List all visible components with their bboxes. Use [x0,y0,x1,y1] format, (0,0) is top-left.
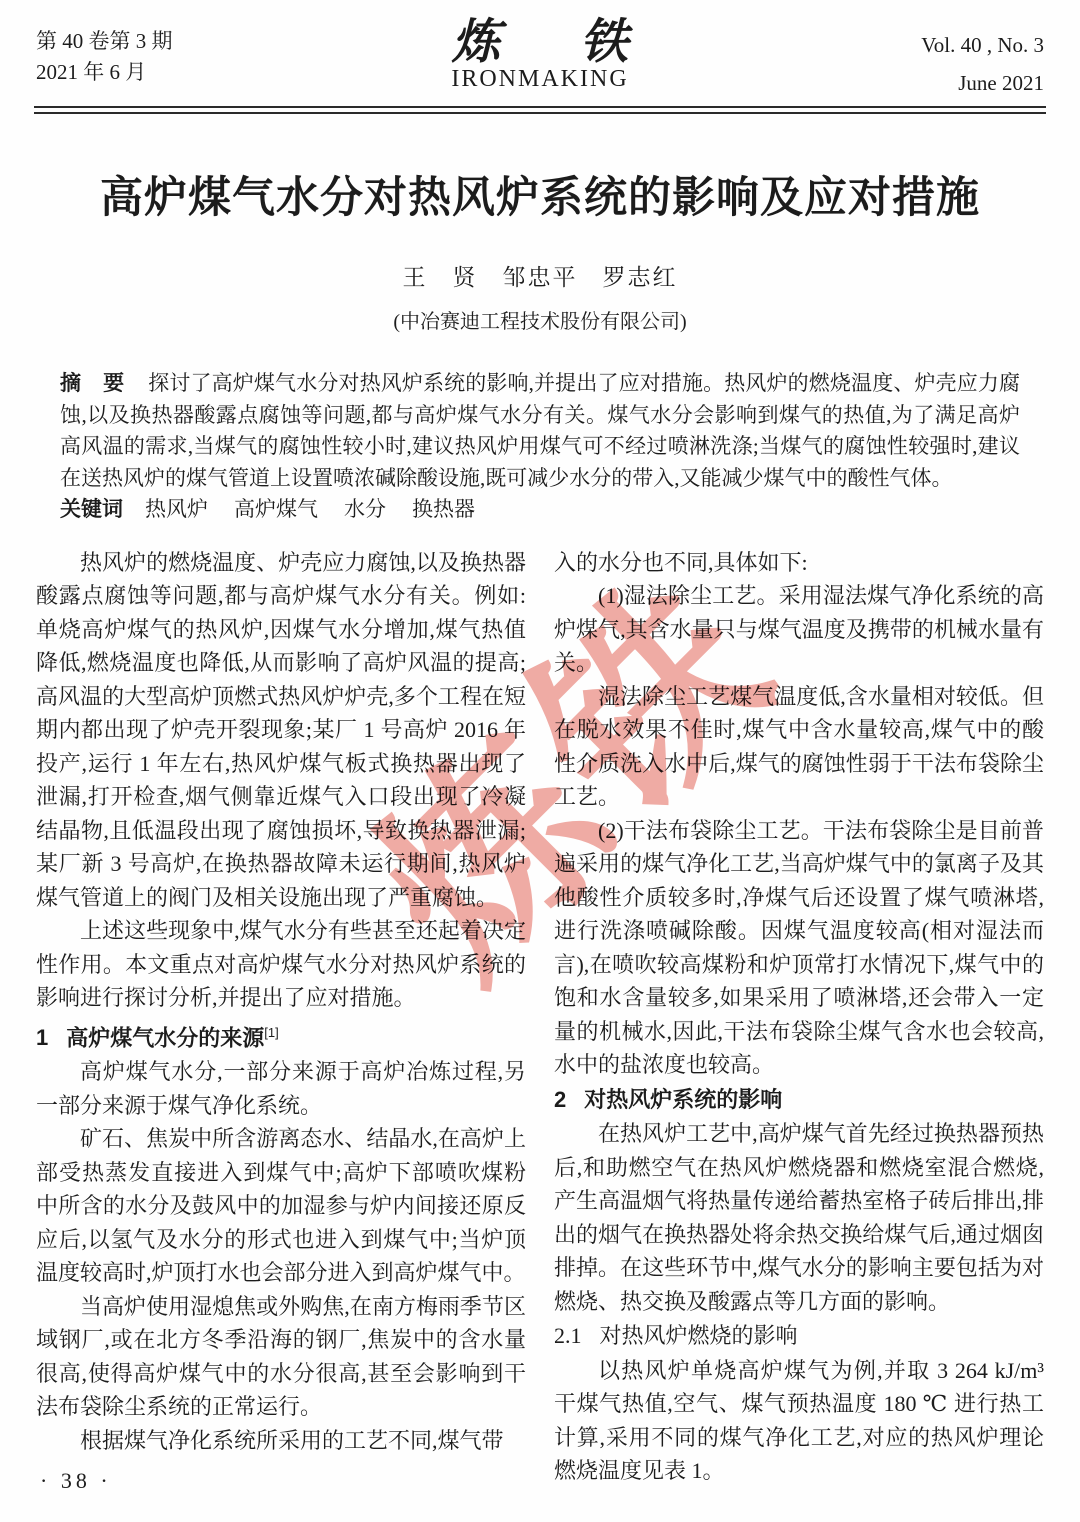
publish-date-en: June 2021 [921,64,1044,102]
paragraph: (2)干法布袋除尘工艺。干法布袋除尘是目前普遍采用的煤气净化工艺,当高炉煤气中的… [554,814,1044,1082]
paragraph: (1)湿法除尘工艺。采用湿法煤气净化系统的高炉煤气,其含水量只与煤气温度及携带的… [554,579,1044,680]
journal-logo: 炼 铁 IRONMAKING [0,18,1080,92]
keywords-block: 关键词热风炉高炉煤气水分换热器 [60,494,1020,526]
section-title: 对热风炉系统的影响 [584,1087,782,1112]
keyword: 水分 [344,497,386,521]
journal-name-zh: 炼 铁 [0,18,1080,68]
header-issue-info-en: Vol. 40 , No. 3 June 2021 [921,26,1044,102]
section-number: 2.1 [554,1323,582,1348]
paragraph: 在热风炉工艺中,高炉煤气首先经过换热器预热后,和助燃空气在热风炉燃烧器和燃烧室混… [554,1117,1044,1318]
paragraph: 根据煤气净化系统所采用的工艺不同,煤气带 [36,1424,526,1458]
affiliation: (中冶赛迪工程技术股份有限公司) [0,305,1080,334]
journal-page: 第 40 卷第 3 期 2021 年 6 月 炼 铁 IRONMAKING Vo… [0,0,1080,1522]
article-body: 热风炉的燃烧温度、炉壳应力腐蚀,以及换热器酸露点腐蚀等问题,都与高炉煤气水分有关… [36,546,1044,1488]
keyword: 高炉煤气 [234,497,318,521]
keywords-label: 关键词 [60,498,123,521]
keywords-list: 热风炉高炉煤气水分换热器 [145,497,501,521]
journal-name-en: IRONMAKING [0,66,1080,92]
paragraph: 当高炉使用湿熄焦或外购焦,在南方梅雨季节区域钢厂,或在北方冬季沿海的钢厂,焦炭中… [36,1290,526,1424]
section-heading: 1高炉煤气水分的来源[1] [36,1016,526,1055]
abstract-text: 探讨了高炉煤气水分对热风炉系统的影响,并提出了应对措施。热风炉的燃烧温度、炉壳应… [60,371,1020,490]
keyword: 换热器 [412,497,475,521]
paragraph: 入的水分也不同,具体如下: [554,546,1044,580]
abstract-label: 摘 要 [60,372,132,395]
section-number: 2 [554,1087,566,1112]
paragraph: 矿石、焦炭中所含游离态水、结晶水,在高炉上部受热蒸发直接进入到煤气中;高炉下部喷… [36,1122,526,1290]
left-column: 热风炉的燃烧温度、炉壳应力腐蚀,以及换热器酸露点腐蚀等问题,都与高炉煤气水分有关… [36,546,526,1488]
paragraph: 热风炉的燃烧温度、炉壳应力腐蚀,以及换热器酸露点腐蚀等问题,都与高炉煤气水分有关… [36,546,526,915]
keyword: 热风炉 [145,497,208,521]
abstract-block: 摘 要探讨了高炉煤气水分对热风炉系统的影响,并提出了应对措施。热风炉的燃烧温度、… [60,368,1020,494]
section-heading: 2.1对热风炉燃烧的影响 [554,1319,1044,1353]
reference-marker: [1] [264,1025,278,1040]
journal-header: 第 40 卷第 3 期 2021 年 6 月 炼 铁 IRONMAKING Vo… [0,0,1080,100]
authors: 王 贤 邹忠平 罗志红 [0,259,1080,292]
volume-issue-en: Vol. 40 , No. 3 [921,26,1044,64]
paragraph: 湿法除尘工艺煤气温度低,含水量相对较低。但在脱水效果不佳时,煤气中含水量较高,煤… [554,680,1044,814]
paragraph: 高炉煤气水分,一部分来源于高炉冶炼过程,另一部分来源于煤气净化系统。 [36,1055,526,1122]
section-title: 对热风炉燃烧的影响 [600,1323,798,1348]
section-title: 高炉煤气水分的来源 [66,1025,264,1050]
right-column: 入的水分也不同,具体如下:(1)湿法除尘工艺。采用湿法煤气净化系统的高炉煤气,其… [554,546,1044,1488]
paragraph: 上述这些现象中,煤气水分有些甚至还起着决定性作用。本文重点对高炉煤气水分对热风炉… [36,914,526,1015]
header-divider [34,106,1046,114]
section-heading: 2对热风炉系统的影响 [554,1083,1044,1117]
paragraph: 以热风炉单烧高炉煤气为例,并取 3 264 kJ/m³ 干煤气热值,空气、煤气预… [554,1354,1044,1488]
section-number: 1 [36,1025,48,1050]
page-title: 高炉煤气水分对热风炉系统的影响及应对措施 [0,164,1080,225]
